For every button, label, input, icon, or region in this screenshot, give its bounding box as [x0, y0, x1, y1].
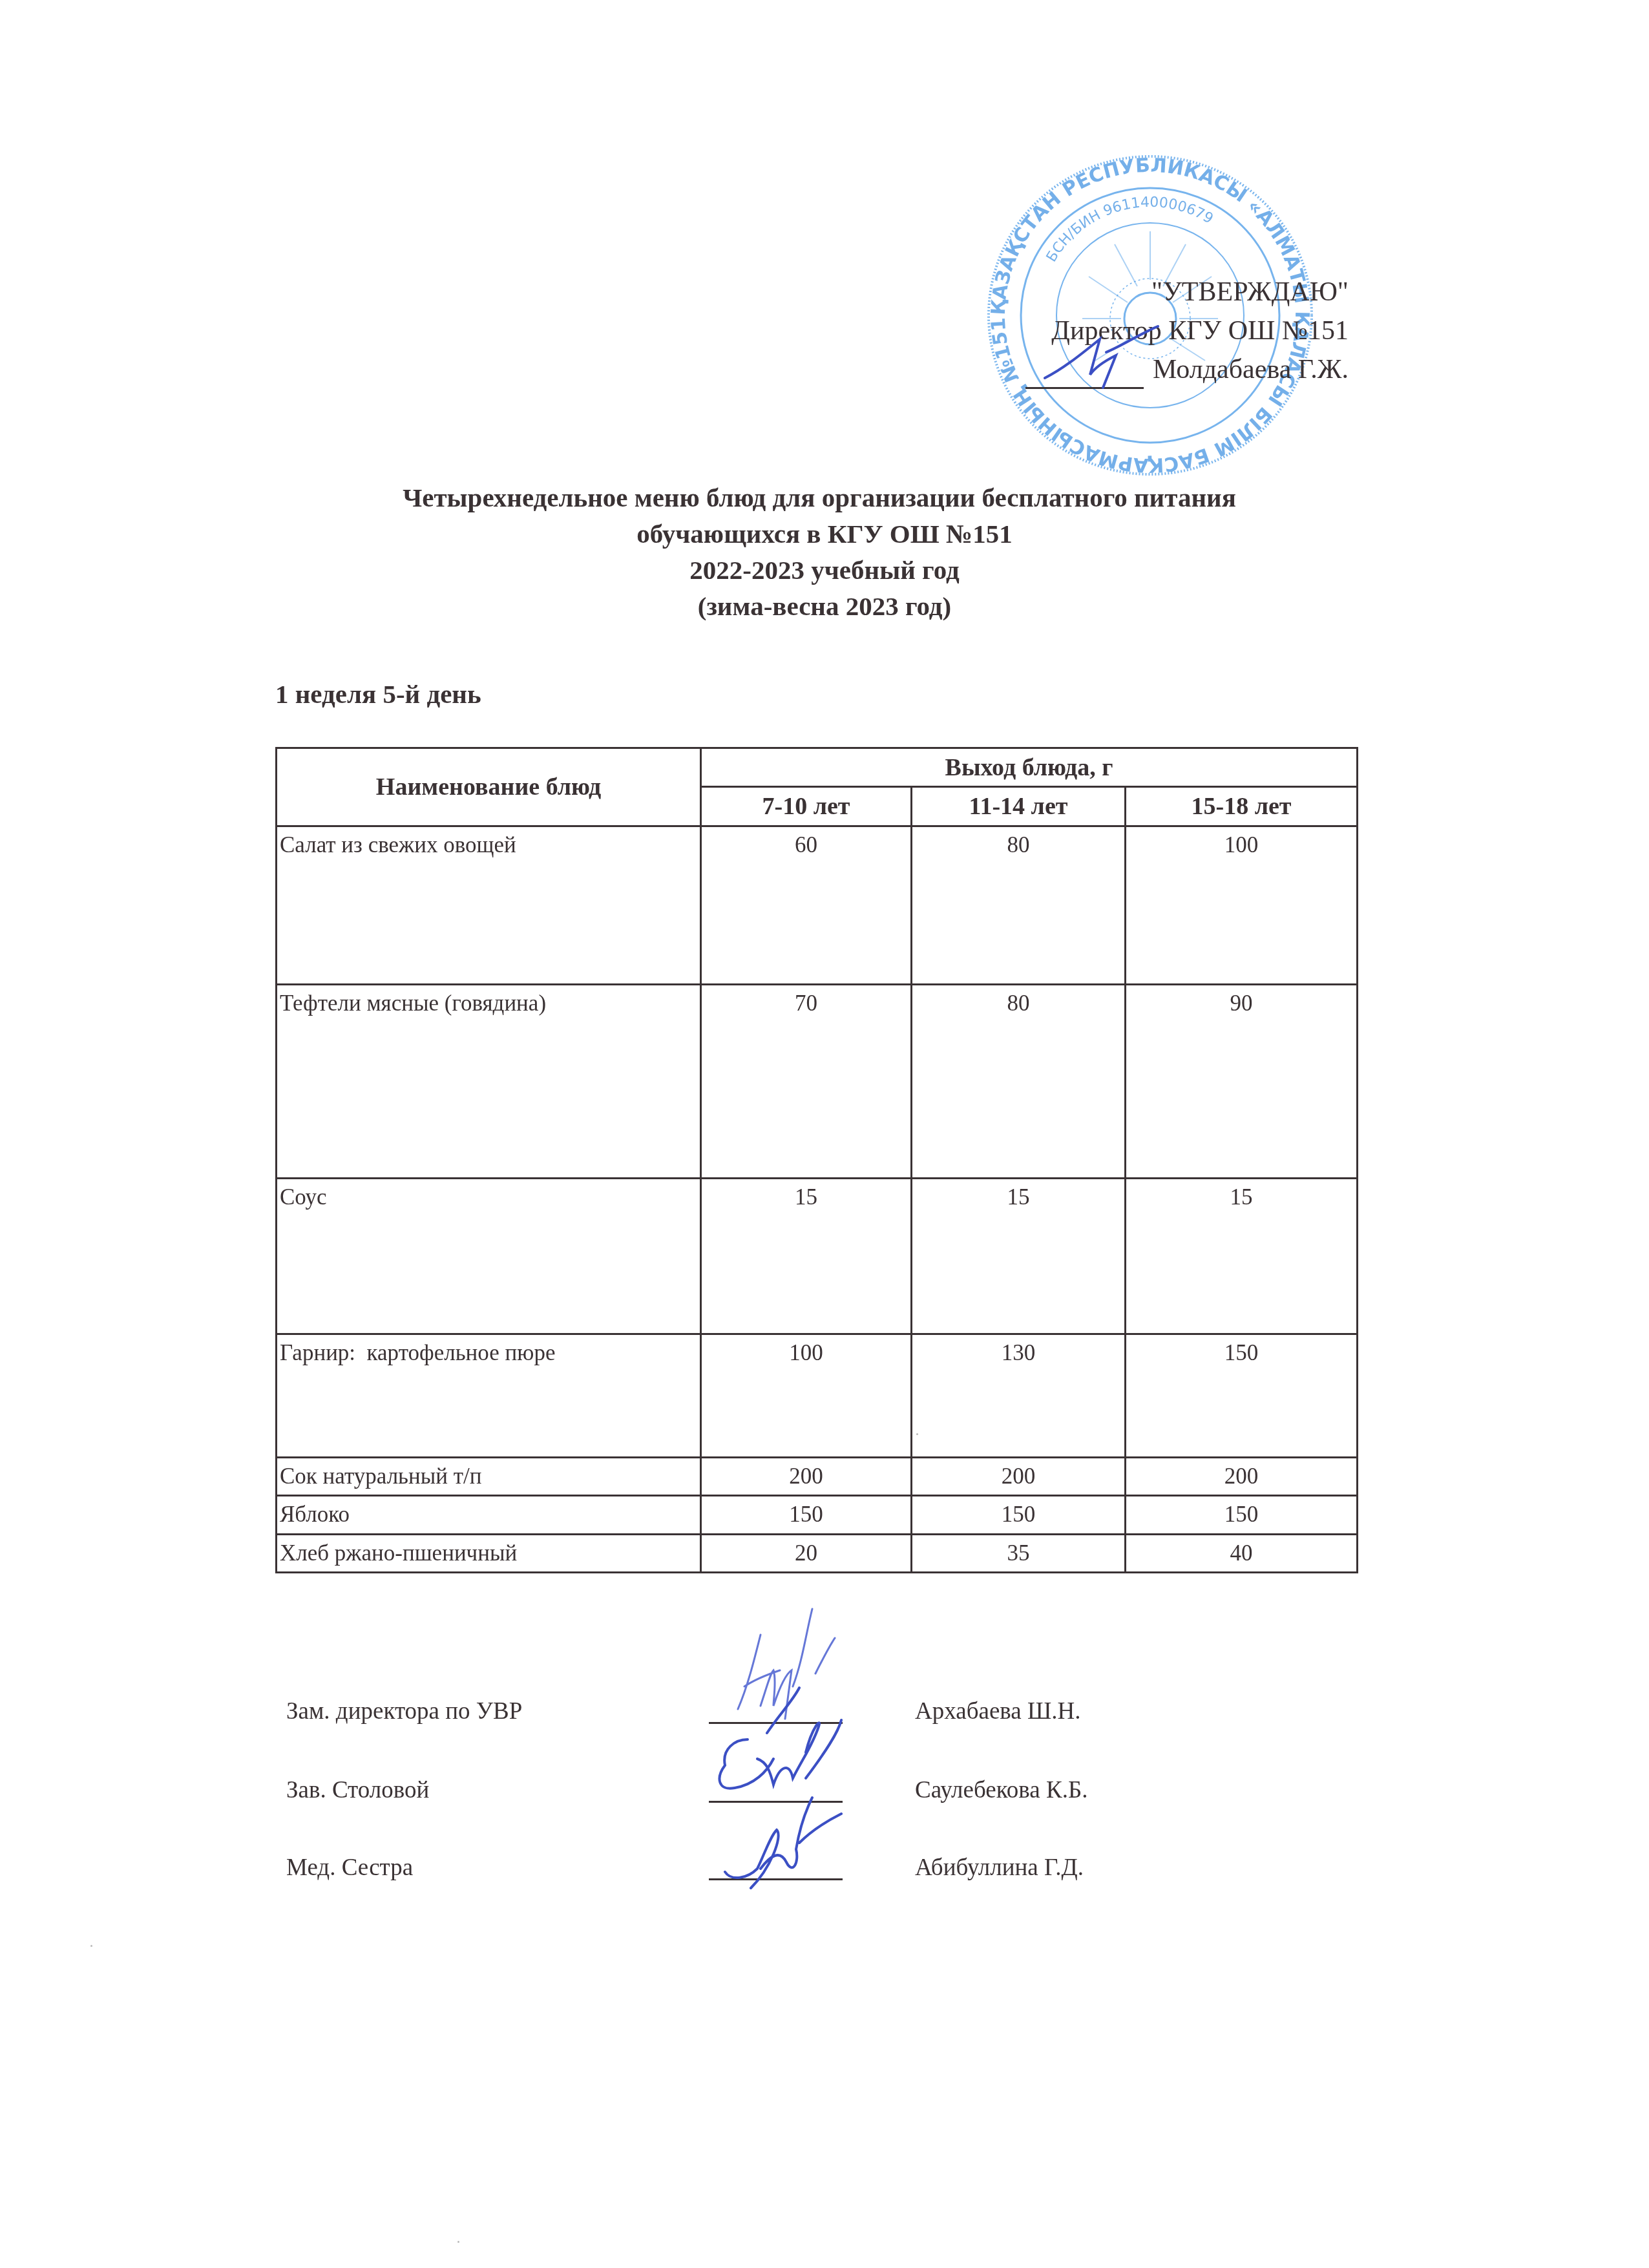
svg-text:БСН/БИН 961140000679: БСН/БИН 961140000679 — [1044, 194, 1216, 265]
yield-value: 40 — [1126, 1535, 1358, 1573]
table-row: Соус151515 — [277, 1179, 1358, 1334]
approval-block: "УТВЕРЖДАЮ" Директор КГУ ОШ №151 Молдаба… — [1025, 273, 1349, 389]
yield-value: 80 — [912, 826, 1126, 985]
yield-value: 150 — [701, 1496, 912, 1535]
yield-value: 100 — [1126, 826, 1358, 985]
yield-value: 15 — [1126, 1179, 1358, 1334]
yield-value: 150 — [1126, 1334, 1358, 1458]
yield-value: 15 — [701, 1179, 912, 1334]
table-row: Гарнир: картофельное пюре100130150 — [277, 1334, 1358, 1458]
yield-value: 100 — [701, 1334, 912, 1458]
yield-value: 200 — [701, 1458, 912, 1496]
dish-name: Хлеб ржано-пшеничный — [277, 1535, 701, 1573]
title-line-3: 2022-2023 учебный год — [0, 552, 1649, 588]
yield-value: 200 — [1126, 1458, 1358, 1496]
yield-value: 150 — [1126, 1496, 1358, 1535]
header-age-11-14: 11-14 лет — [912, 787, 1126, 826]
yield-value: 90 — [1126, 985, 1358, 1179]
signature-role: Зам. директора по УВР — [286, 1697, 522, 1725]
approval-name: Молдабаева Г.Ж. — [1153, 350, 1349, 389]
scan-speck — [457, 2241, 459, 2243]
table-row: Хлеб ржано-пшеничный203540 — [277, 1535, 1358, 1573]
header-yield: Выход блюда, г — [701, 748, 1358, 787]
handwritten-signature-icon — [709, 1765, 857, 1895]
yield-value: 35 — [912, 1535, 1126, 1573]
signature-role: Мед. Сестра — [286, 1854, 413, 1882]
yield-value: 20 — [701, 1535, 912, 1573]
dish-name: Тефтели мясные (говядина) — [277, 985, 701, 1179]
dish-name: Соус — [277, 1179, 701, 1334]
dish-name: Сок натуральный т/п — [277, 1458, 701, 1496]
document-title: Четырехнедельное меню блюд для организац… — [0, 479, 1649, 624]
yield-value: 80 — [912, 985, 1126, 1179]
scan-speck — [90, 1945, 92, 1947]
dish-name: Гарнир: картофельное пюре — [277, 1334, 701, 1458]
day-label: 1 неделя 5-й день — [275, 678, 481, 709]
header-age-15-18: 15-18 лет — [1126, 787, 1358, 826]
signature-role: Зав. Столовой — [286, 1776, 429, 1804]
title-line-4: (зима-весна 2023 год) — [0, 588, 1649, 624]
yield-value: 150 — [912, 1496, 1126, 1535]
title-line-1: Четырехнедельное меню блюд для организац… — [0, 479, 1644, 516]
dish-name: Салат из свежих овощей — [277, 826, 701, 985]
signature-name: Архабаева Ш.Н. — [915, 1697, 1081, 1725]
approval-signature-row: Молдабаева Г.Ж. — [1025, 350, 1349, 389]
table-row: Салат из свежих овощей6080100 — [277, 826, 1358, 985]
dish-name: Яблоко — [277, 1496, 701, 1535]
director-signature-line — [1025, 359, 1144, 389]
menu-table: Наименование блюд Выход блюда, г 7-10 ле… — [275, 747, 1358, 1573]
signature-row: Мед. Сестра Абибуллина Г.Д. — [286, 1843, 1191, 1882]
title-line-2: обучающихся в КГУ ОШ №151 — [0, 516, 1649, 552]
scan-speck — [916, 1433, 918, 1435]
header-dish-name: Наименование блюд — [277, 748, 701, 826]
yield-value: 60 — [701, 826, 912, 985]
yield-value: 15 — [912, 1179, 1126, 1334]
approval-heading: "УТВЕРЖДАЮ" — [1025, 273, 1349, 311]
table-row: Сок натуральный т/п200200200 — [277, 1458, 1358, 1496]
header-age-7-10: 7-10 лет — [701, 787, 912, 826]
yield-value: 70 — [701, 985, 912, 1179]
signature-name: Саулебекова К.Б. — [915, 1776, 1087, 1804]
yield-value: 130 — [912, 1334, 1126, 1458]
director-signature-icon — [1038, 313, 1161, 391]
signature-name: Абибуллина Г.Д. — [915, 1854, 1084, 1882]
yield-value: 200 — [912, 1458, 1126, 1496]
table-row: Яблоко150150150 — [277, 1496, 1358, 1535]
table-row: Тефтели мясные (говядина)708090 — [277, 985, 1358, 1179]
